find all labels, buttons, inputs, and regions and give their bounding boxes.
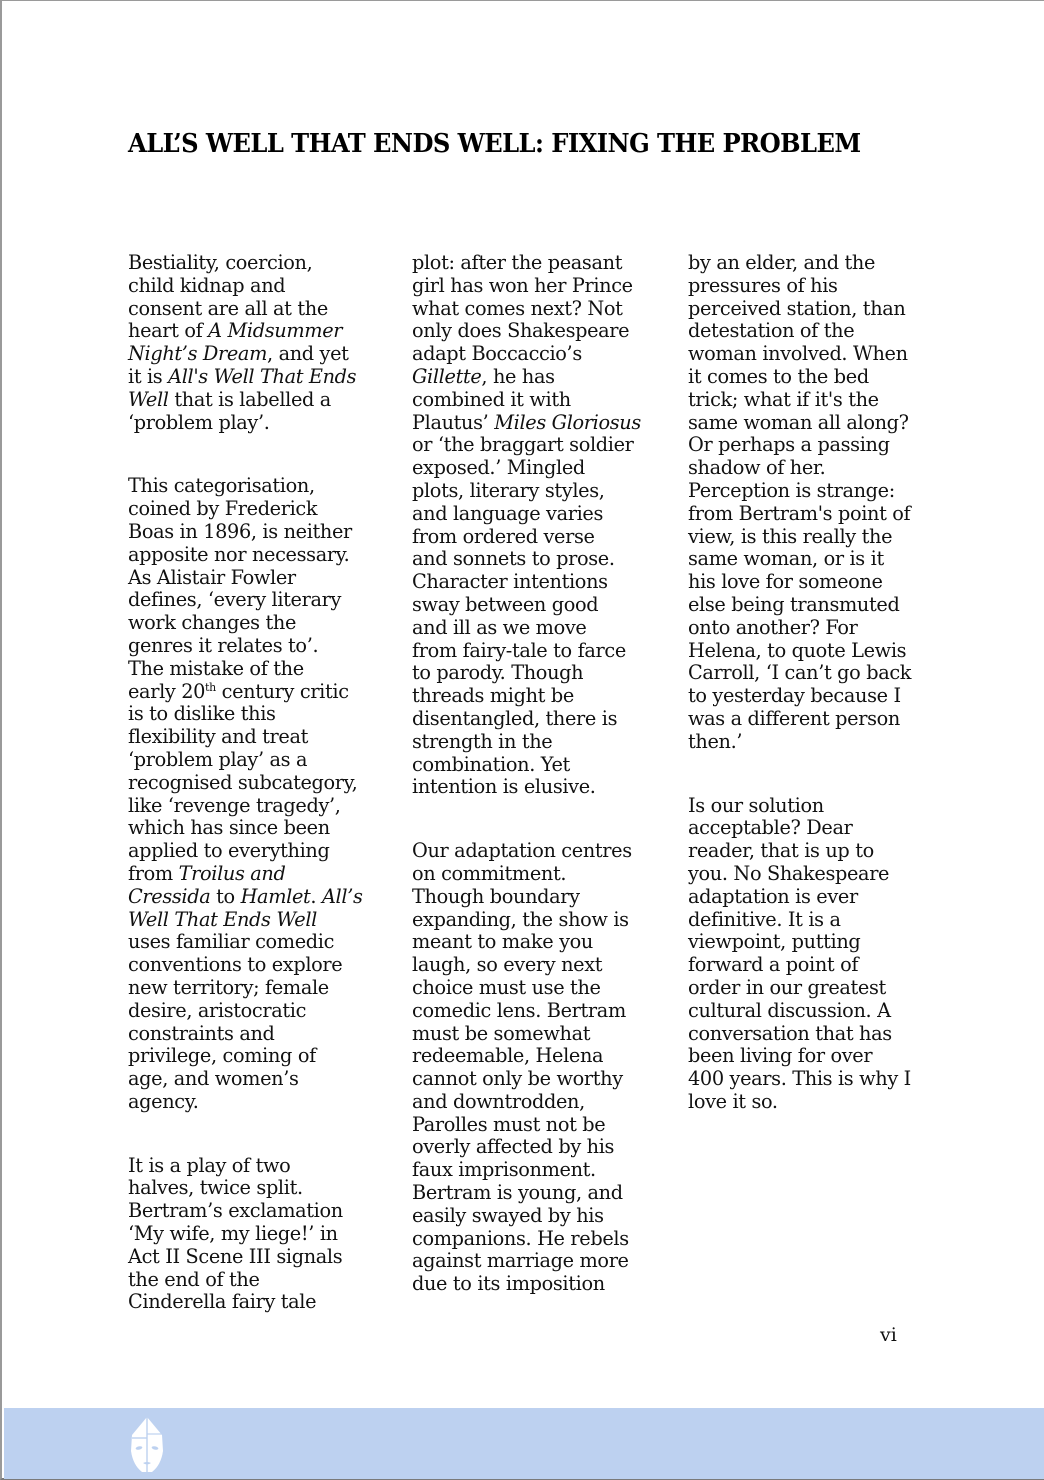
text-line: ‘problem play’. — [128, 412, 378, 435]
text-line: what comes next? Not — [412, 298, 662, 321]
theatre-mask-icon — [128, 1415, 166, 1475]
text-run: then.’ — [688, 730, 742, 753]
text-run: expanding, the show is — [412, 908, 629, 931]
text-run: only does Shakespeare — [412, 319, 629, 342]
text-line: Is our solution — [688, 795, 938, 818]
text-line: from ordered verse — [412, 526, 662, 549]
text-run: flexibility and treat — [128, 725, 308, 748]
text-line: detestation of the — [688, 320, 938, 343]
text-run: same woman, or is it — [688, 547, 884, 570]
text-line: It is a play of two — [128, 1155, 378, 1178]
text-run: heart of — [128, 319, 208, 342]
text-run: else being transmuted — [688, 593, 899, 616]
text-run: constraints and — [128, 1022, 275, 1045]
text-run: from fairy-tale to farce — [412, 639, 626, 662]
text-line: viewpoint, putting — [688, 931, 938, 954]
text-run: meant to make you — [412, 930, 593, 953]
text-run: As Alistair Fowler — [128, 566, 296, 589]
page-number: vi — [880, 1324, 897, 1346]
text-run: order in our greatest — [688, 976, 886, 999]
text-line: adaptation is ever — [688, 886, 938, 909]
text-run: was a different person — [688, 707, 900, 730]
text-line: threads might be — [412, 685, 662, 708]
text-line: exposed.’ Mingled — [412, 457, 662, 480]
text-line: woman involved. When — [688, 343, 938, 366]
text-run: century critic — [216, 680, 349, 703]
text-run: Cinderella fairy tale — [128, 1290, 316, 1313]
text-line: early 20th century critic — [128, 681, 378, 704]
text-line: defines, ‘every literary — [128, 589, 378, 612]
text-line: the end of the — [128, 1269, 378, 1292]
text-line: strength in the — [412, 731, 662, 754]
text-line: faux imprisonment. — [412, 1159, 662, 1182]
italic-title: Miles Gloriosus — [494, 411, 641, 434]
text-line: easily swayed by his — [412, 1205, 662, 1228]
text-run: , and yet — [267, 342, 349, 365]
text-line: from fairy-tale to farce — [412, 640, 662, 663]
text-run: Plautus’ — [412, 411, 494, 434]
text-run: like ‘revenge tragedy’, — [128, 794, 341, 817]
text-run: on commitment. — [412, 862, 566, 885]
text-line: forward a point of — [688, 954, 938, 977]
text-run: viewpoint, putting — [688, 930, 860, 953]
text-line: Our adaptation centres — [412, 840, 662, 863]
paragraph: It is a play of twohalves, twice split.B… — [128, 1155, 378, 1315]
text-run: early 20 — [128, 680, 205, 703]
italic-title: Gillette — [412, 365, 481, 388]
paragraph: by an elder, and thepressures of hisperc… — [688, 252, 938, 754]
text-run: onto another? For — [688, 616, 858, 639]
text-run: child kidnap and — [128, 274, 285, 297]
text-line: Plautus’ Miles Gloriosus — [412, 412, 662, 435]
text-line: his love for someone — [688, 571, 938, 594]
text-line: conventions to explore — [128, 954, 378, 977]
superscript: th — [205, 681, 216, 694]
text-line: only does Shakespeare — [412, 320, 662, 343]
text-line: Cinderella fairy tale — [128, 1291, 378, 1314]
text-run: perceived station, than — [688, 297, 906, 320]
text-line: Bertram’s exclamation — [128, 1200, 378, 1223]
text-run: coined by Frederick — [128, 497, 317, 520]
text-line: conversation that has — [688, 1023, 938, 1046]
text-run: Though boundary — [412, 885, 580, 908]
text-line: and downtrodden, — [412, 1091, 662, 1114]
text-run: that is labelled a — [169, 388, 331, 411]
text-line: new territory; female — [128, 977, 378, 1000]
text-line: pressures of his — [688, 275, 938, 298]
text-line: love it so. — [688, 1091, 938, 1114]
text-line: consent are all at the — [128, 298, 378, 321]
text-line: privilege, coming of — [128, 1045, 378, 1068]
text-run: 400 years. This is why I — [688, 1067, 911, 1090]
text-line: companions. He rebels — [412, 1228, 662, 1251]
text-line: Carroll, ‘I can’t go back — [688, 662, 938, 685]
italic-title: Well — [128, 388, 169, 411]
text-run: and language varies — [412, 502, 603, 525]
text-line: desire, aristocratic — [128, 1000, 378, 1023]
text-line: due to its imposition — [412, 1273, 662, 1296]
text-column-1: Bestiality, coercion,child kidnap andcon… — [128, 252, 378, 1355]
text-run: ‘problem play’. — [128, 411, 270, 434]
text-line: on commitment. — [412, 863, 662, 886]
text-line: Gillette, he has — [412, 366, 662, 389]
text-run: consent are all at the — [128, 297, 328, 320]
text-line: like ‘revenge tragedy’, — [128, 795, 378, 818]
text-run: by an elder, and the — [688, 251, 875, 274]
text-line: heart of A Midsummer — [128, 320, 378, 343]
text-line: trick; what if it's the — [688, 389, 938, 412]
italic-title: Troilus and — [179, 862, 286, 885]
text-line: uses familiar comedic — [128, 931, 378, 954]
text-run: ‘My wife, my liege!’ in — [128, 1222, 338, 1245]
text-line: perceived station, than — [688, 298, 938, 321]
text-column-3: by an elder, and thepressures of hisperc… — [688, 252, 938, 1155]
text-run: Is our solution — [688, 794, 824, 817]
text-line: Bestiality, coercion, — [128, 252, 378, 275]
text-run: trick; what if it's the — [688, 388, 879, 411]
text-line: reader, that is up to — [688, 840, 938, 863]
text-run: Bestiality, coercion, — [128, 251, 312, 274]
text-line: Cressida to Hamlet. All’s — [128, 886, 378, 909]
text-run: pressures of his — [688, 274, 838, 297]
text-run: to — [210, 885, 240, 908]
text-run: uses familiar comedic — [128, 930, 334, 953]
text-run: strength in the — [412, 730, 552, 753]
text-line: shadow of her. — [688, 457, 938, 480]
text-run: desire, aristocratic — [128, 999, 306, 1022]
text-run: . — [310, 885, 322, 908]
text-line: been living for over — [688, 1045, 938, 1068]
text-run: disentangled, there is — [412, 707, 617, 730]
text-line: ‘My wife, my liege!’ in — [128, 1223, 378, 1246]
italic-title: All's Well That Ends — [168, 365, 356, 388]
text-line: is to dislike this — [128, 703, 378, 726]
text-line: Character intentions — [412, 571, 662, 594]
text-run: to parody. Though — [412, 661, 583, 684]
text-run: woman involved. When — [688, 342, 908, 365]
text-run: plots, literary styles, — [412, 479, 605, 502]
text-run: due to its imposition — [412, 1272, 605, 1295]
text-run: cannot only be worthy — [412, 1067, 623, 1090]
italic-title: Cressida — [128, 885, 210, 908]
text-run: The mistake of the — [128, 657, 304, 680]
text-line: Night’s Dream, and yet — [128, 343, 378, 366]
text-line: cultural discussion. A — [688, 1000, 938, 1023]
text-line: plots, literary styles, — [412, 480, 662, 503]
text-run: Carroll, ‘I can’t go back — [688, 661, 911, 684]
text-line: from Troilus and — [128, 863, 378, 886]
text-line: else being transmuted — [688, 594, 938, 617]
text-run: ‘problem play’ as a — [128, 748, 307, 771]
text-line: Parolles must not be — [412, 1114, 662, 1137]
text-run: privilege, coming of — [128, 1044, 316, 1067]
text-line: and ill as we move — [412, 617, 662, 640]
text-run: work changes the — [128, 611, 296, 634]
text-run: acceptable? Dear — [688, 816, 852, 839]
text-line: combined it with — [412, 389, 662, 412]
text-run: cultural discussion. A — [688, 999, 891, 1022]
text-line: choice must use the — [412, 977, 662, 1000]
text-run: apposite nor necessary. — [128, 543, 349, 566]
text-run: This categorisation, — [128, 474, 315, 497]
text-line: definitive. It is a — [688, 909, 938, 932]
text-run: and ill as we move — [412, 616, 586, 639]
text-run: against marriage more — [412, 1249, 629, 1272]
text-run: companions. He rebels — [412, 1227, 629, 1250]
text-run: and sonnets to prose. — [412, 547, 615, 570]
text-run: to yesterday because I — [688, 684, 901, 707]
text-run: new territory; female — [128, 976, 329, 999]
text-line: coined by Frederick — [128, 498, 378, 521]
text-line: agency. — [128, 1091, 378, 1114]
text-run: choice must use the — [412, 976, 601, 999]
text-line: by an elder, and the — [688, 252, 938, 275]
italic-title: All’s — [322, 885, 363, 908]
text-run: reader, that is up to — [688, 839, 874, 862]
italic-title: A Midsummer — [208, 319, 342, 342]
text-line: same woman, or is it — [688, 548, 938, 571]
text-line: plot: after the peasant — [412, 252, 662, 275]
text-run: threads might be — [412, 684, 574, 707]
paragraph: This categorisation,coined by FrederickB… — [128, 475, 378, 1113]
text-run: Bertram’s exclamation — [128, 1199, 343, 1222]
text-run: view, is this really the — [688, 525, 892, 548]
text-line: view, is this really the — [688, 526, 938, 549]
text-run: comedic lens. Bertram — [412, 999, 626, 1022]
text-run: the end of the — [128, 1268, 260, 1291]
text-line: laugh, so every next — [412, 954, 662, 977]
italic-title: Night’s Dream — [128, 342, 267, 365]
text-line: it is All's Well That Ends — [128, 366, 378, 389]
text-line: Bertram is young, and — [412, 1182, 662, 1205]
text-line: The mistake of the — [128, 658, 378, 681]
text-run: Parolles must not be — [412, 1113, 605, 1136]
text-line: and sonnets to prose. — [412, 548, 662, 571]
text-line: against marriage more — [412, 1250, 662, 1273]
text-line: halves, twice split. — [128, 1177, 378, 1200]
paragraph: Is our solutionacceptable? Dearreader, t… — [688, 795, 938, 1114]
text-run: plot: after the peasant — [412, 251, 622, 274]
text-run: faux imprisonment. — [412, 1158, 596, 1181]
text-run: been living for over — [688, 1044, 872, 1067]
text-run: combination. Yet — [412, 753, 570, 776]
text-run: is to dislike this — [128, 702, 276, 725]
text-line: you. No Shakespeare — [688, 863, 938, 886]
text-run: from — [128, 862, 179, 885]
text-run: forward a point of — [688, 953, 858, 976]
text-run: it comes to the bed — [688, 365, 869, 388]
text-run: Character intentions — [412, 570, 608, 593]
text-run: what comes next? Not — [412, 297, 623, 320]
text-line: work changes the — [128, 612, 378, 635]
text-line: This categorisation, — [128, 475, 378, 498]
italic-title: Hamlet — [241, 885, 311, 908]
document-page: ALL’S WELL THAT ENDS WELL: FIXING THE PR… — [0, 0, 1044, 1480]
text-line: overly affected by his — [412, 1136, 662, 1159]
text-line: same woman all along? — [688, 412, 938, 435]
text-run: adaptation is ever — [688, 885, 858, 908]
text-line: or ‘the braggart soldier — [412, 434, 662, 457]
text-line: girl has won her Prince — [412, 275, 662, 298]
text-line: age, and women’s — [128, 1068, 378, 1091]
text-line: from Bertram's point of — [688, 503, 938, 526]
text-run: Perception is strange: — [688, 479, 895, 502]
text-run: Boas in 1896, is neither — [128, 520, 352, 543]
text-run: age, and women’s — [128, 1067, 299, 1090]
text-line: 400 years. This is why I — [688, 1068, 938, 1091]
text-line: and language varies — [412, 503, 662, 526]
text-run: must be somewhat — [412, 1022, 590, 1045]
text-line: combination. Yet — [412, 754, 662, 777]
text-run: laugh, so every next — [412, 953, 602, 976]
text-line: applied to everything — [128, 840, 378, 863]
text-line: disentangled, there is — [412, 708, 662, 731]
text-line: As Alistair Fowler — [128, 567, 378, 590]
text-run: definitive. It is a — [688, 908, 841, 931]
text-line: flexibility and treat — [128, 726, 378, 749]
text-run: agency. — [128, 1090, 198, 1113]
text-run: defines, ‘every literary — [128, 588, 341, 611]
text-run: love it so. — [688, 1090, 778, 1113]
text-line: child kidnap and — [128, 275, 378, 298]
text-run: Or perhaps a passing — [688, 433, 890, 456]
text-run: applied to everything — [128, 839, 329, 862]
text-line: to parody. Though — [412, 662, 662, 685]
text-run: his love for someone — [688, 570, 883, 593]
text-run: and downtrodden, — [412, 1090, 585, 1113]
text-line: to yesterday because I — [688, 685, 938, 708]
text-run: exposed.’ Mingled — [412, 456, 585, 479]
text-line: redeemable, Helena — [412, 1045, 662, 1068]
text-line: sway between good — [412, 594, 662, 617]
text-line: constraints and — [128, 1023, 378, 1046]
text-line: Perception is strange: — [688, 480, 938, 503]
text-line: onto another? For — [688, 617, 938, 640]
italic-title: Well That Ends Well — [128, 908, 317, 931]
text-line: Well that is labelled a — [128, 389, 378, 412]
text-line: expanding, the show is — [412, 909, 662, 932]
text-run: recognised subcategory, — [128, 771, 357, 794]
text-run: sway between good — [412, 593, 598, 616]
paragraph: Our adaptation centreson commitment.Thou… — [412, 840, 662, 1296]
text-line: apposite nor necessary. — [128, 544, 378, 567]
page-title: ALL’S WELL THAT ENDS WELL: FIXING THE PR… — [128, 129, 891, 159]
text-run: adapt Boccaccio’s — [412, 342, 582, 365]
text-line: genres it relates to’. — [128, 635, 378, 658]
text-run: It is a play of two — [128, 1154, 290, 1177]
paragraph: Bestiality, coercion,child kidnap andcon… — [128, 252, 378, 434]
text-run: Helena, to quote Lewis — [688, 639, 906, 662]
text-run: conventions to explore — [128, 953, 342, 976]
text-run: Act II Scene III signals — [128, 1245, 342, 1268]
text-run: it is — [128, 365, 168, 388]
text-run: detestation of the — [688, 319, 854, 342]
text-run: Bertram is young, and — [412, 1181, 623, 1204]
text-run: redeemable, Helena — [412, 1044, 603, 1067]
text-line: adapt Boccaccio’s — [412, 343, 662, 366]
text-line: must be somewhat — [412, 1023, 662, 1046]
text-line: intention is elusive. — [412, 776, 662, 799]
text-line: ‘problem play’ as a — [128, 749, 378, 772]
text-line: acceptable? Dear — [688, 817, 938, 840]
text-run: easily swayed by his — [412, 1204, 604, 1227]
text-line: meant to make you — [412, 931, 662, 954]
text-line: Well That Ends Well — [128, 909, 378, 932]
text-line: comedic lens. Bertram — [412, 1000, 662, 1023]
text-line: Though boundary — [412, 886, 662, 909]
text-line: it comes to the bed — [688, 366, 938, 389]
text-line: Helena, to quote Lewis — [688, 640, 938, 663]
text-run: combined it with — [412, 388, 571, 411]
text-line: order in our greatest — [688, 977, 938, 1000]
text-run: from ordered verse — [412, 525, 595, 548]
text-line: recognised subcategory, — [128, 772, 378, 795]
text-run: or ‘the braggart soldier — [412, 433, 634, 456]
text-line: Or perhaps a passing — [688, 434, 938, 457]
paragraph: plot: after the peasantgirl has won her … — [412, 252, 662, 799]
text-run: halves, twice split. — [128, 1176, 303, 1199]
text-column-2: plot: after the peasantgirl has won her … — [412, 252, 662, 1337]
text-run: conversation that has — [688, 1022, 892, 1045]
text-run: girl has won her Prince — [412, 274, 633, 297]
text-run: , he has — [481, 365, 554, 388]
text-run: same woman all along? — [688, 411, 909, 434]
text-line: was a different person — [688, 708, 938, 731]
text-run: shadow of her. — [688, 456, 825, 479]
text-run: overly affected by his — [412, 1135, 614, 1158]
text-line: which has since been — [128, 817, 378, 840]
text-line: Boas in 1896, is neither — [128, 521, 378, 544]
text-run: genres it relates to’. — [128, 634, 318, 657]
text-run: intention is elusive. — [412, 775, 596, 798]
text-run: from Bertram's point of — [688, 502, 910, 525]
text-line: Act II Scene III signals — [128, 1246, 378, 1269]
text-line: then.’ — [688, 731, 938, 754]
text-run: Our adaptation centres — [412, 839, 632, 862]
text-line: cannot only be worthy — [412, 1068, 662, 1091]
text-run: you. No Shakespeare — [688, 862, 889, 885]
text-run: which has since been — [128, 816, 330, 839]
